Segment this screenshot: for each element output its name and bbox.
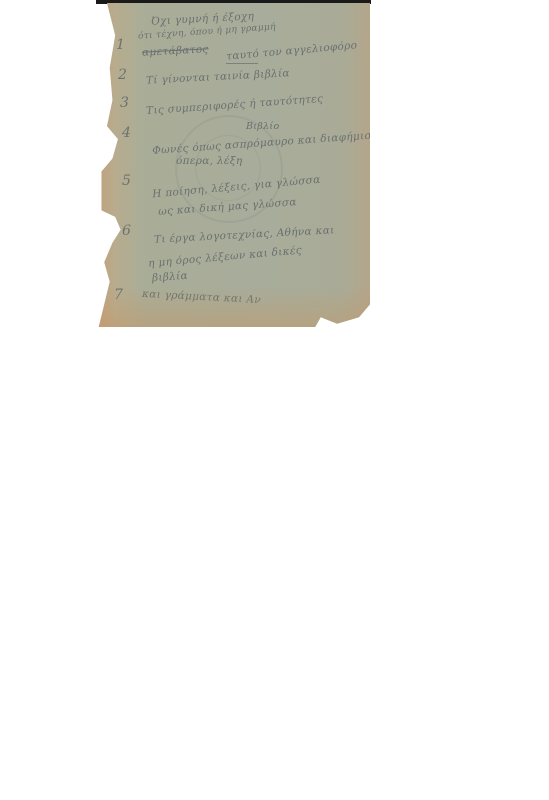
manuscript-line-interlinear-4: Βιβλίο [246,121,279,132]
manuscript-line-6: Τι έργα λογοτεχνίας, Αθήνα και [154,224,335,245]
margin-number-3: 3 [120,95,129,111]
manuscript-line-7: και γράμματα και Αν [142,288,262,306]
manuscript-line-struck: αμετάβατος [142,43,209,58]
manuscript-page: 1 2 3 4 5 6 7 Όχι γυμνή ή έξοχη ότι τέχν… [96,3,370,327]
manuscript-line-6-cont: η μη όρος λέξεων και δικές [148,244,303,269]
manuscript-line-4-cont: όπερα, λέξη [176,155,242,167]
manuscript-line-6-cont2: βιβλία [152,270,189,284]
margin-number-7: 7 [114,287,123,303]
manuscript-line-1: ταυτό τον αγγελιοφόρο [226,39,358,62]
manuscript-line-2: Τί γίνονται ταινία βιβλία [146,67,290,87]
margin-number-5: 5 [122,173,131,189]
manuscript-line-3: Τις συμπεριφορές ή ταυτότητες [146,93,324,117]
margin-number-6: 6 [122,223,131,239]
margin-number-2: 2 [118,67,127,83]
underline-rule [226,63,258,64]
margin-number-1: 1 [116,37,125,53]
margin-number-4: 4 [122,125,131,141]
